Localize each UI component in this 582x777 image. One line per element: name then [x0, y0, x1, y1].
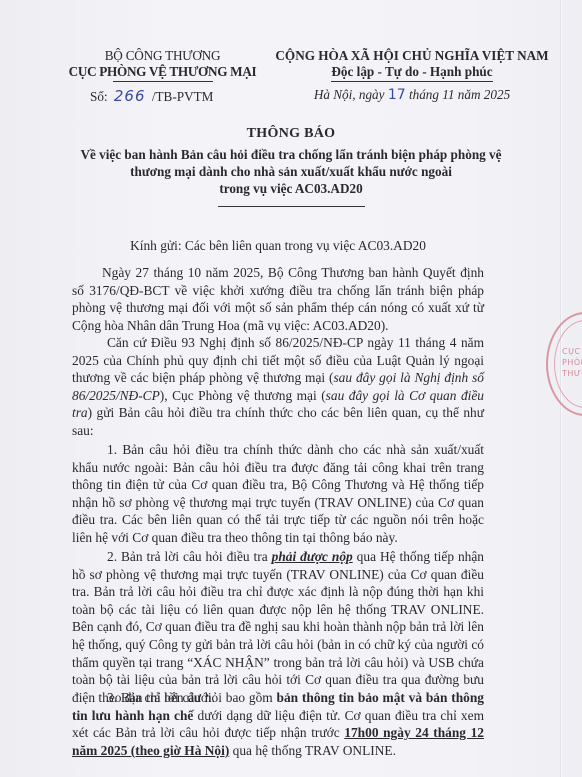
- handwritten-number: 266: [114, 87, 146, 105]
- country-name: CỘNG HÒA XÃ HỘI CHỦ NGHĨA VIỆT NAM: [252, 48, 572, 64]
- subject-line-1: Về việc ban hành Bản câu hỏi điều tra ch…: [60, 146, 522, 163]
- subject-underline: [218, 206, 365, 207]
- seal-line-3: THƯƠNG: [562, 368, 582, 379]
- ministry-name: BỘ CÔNG THƯƠNG: [55, 48, 270, 64]
- number-prefix: Số:: [90, 89, 108, 104]
- subject-line-2: thương mại dành cho nhà sản xuất/xuất kh…: [60, 163, 522, 180]
- seal-line-2: PHÒNG: [562, 357, 582, 368]
- item-3-deadline: 3. Bản trả lời câu hỏi bao gồm bản thông…: [72, 689, 484, 759]
- item-3-text-a: 3. Bản trả lời câu hỏi bao gồm: [107, 690, 277, 705]
- subject-line-3: trong vụ việc AC03.AD20: [60, 180, 522, 197]
- item-2-text-b: qua Hệ thống tiếp nhận hồ sơ phòng vệ th…: [72, 549, 484, 705]
- date-suffix: tháng 11 năm 2025: [409, 87, 510, 102]
- recipient-line: Kính gửi: Các bên liên quan trong vụ việ…: [72, 237, 484, 255]
- paragraph-decision: Ngày 27 tháng 10 năm 2025, Bộ Công Thươn…: [72, 264, 484, 334]
- item-2-submission: 2. Bản trả lời câu hỏi điều tra phải đượ…: [72, 548, 484, 706]
- national-motto: Độc lập - Tự do - Hạnh phúc: [331, 64, 492, 82]
- seal-text: CỤC PHÒNG THƯƠNG: [562, 346, 582, 379]
- handwritten-day: 17: [388, 87, 406, 103]
- item-3-text-c: qua hệ thống TRAV ONLINE.: [229, 743, 396, 758]
- authority-underline: [113, 81, 213, 82]
- issuing-authority: BỘ CÔNG THƯƠNG CỤC PHÒNG VỆ THƯƠNG MẠI: [55, 48, 270, 82]
- national-title: CỘNG HÒA XÃ HỘI CHỦ NGHĨA VIỆT NAM Độc l…: [252, 48, 572, 82]
- document-title: THÔNG BÁO: [0, 126, 582, 142]
- department-name: CỤC PHÒNG VỆ THƯƠNG MẠI: [55, 64, 270, 80]
- date-prefix: Hà Nội, ngày: [314, 87, 385, 102]
- item-1-questionnaire: 1. Bản câu hỏi điều tra chính thức dành …: [72, 441, 484, 547]
- paragraph-legal-basis: Căn cứ Điều 93 Nghị định số 86/2025/NĐ-C…: [72, 334, 484, 440]
- legal-basis-text-c: ) gửi Bản câu hỏi điều tra chính thức ch…: [72, 405, 484, 438]
- item-2-text-a: 2. Bản trả lời câu hỏi điều tra: [107, 549, 272, 564]
- number-suffix: /TB-PVTM: [152, 89, 214, 104]
- item-2-emphasis: phải được nộp: [272, 549, 353, 564]
- document-date: Hà Nội, ngày 17 tháng 11 năm 2025: [252, 87, 572, 103]
- document-subject: Về việc ban hành Bản câu hỏi điều tra ch…: [60, 146, 522, 197]
- document-number: Số: 266 /TB-PVTM: [90, 87, 213, 105]
- legal-basis-text-b: ), Cục Phòng vệ thương mại (: [160, 388, 326, 403]
- seal-line-1: CỤC: [562, 346, 582, 357]
